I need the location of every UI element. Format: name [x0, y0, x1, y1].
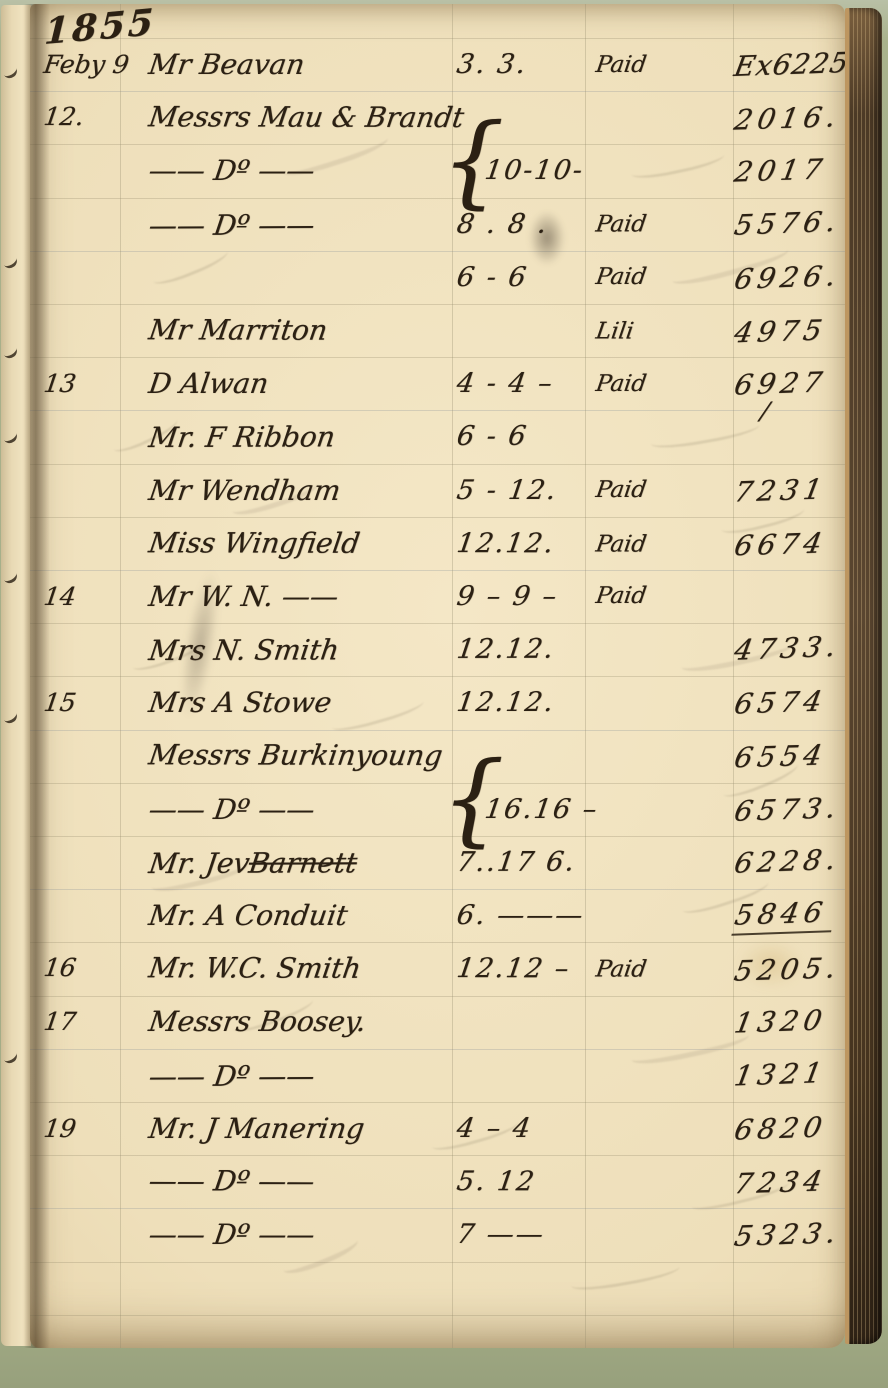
entry-name: Mr Wendham [125, 464, 455, 517]
entry-name: —— Dº —— [125, 144, 455, 197]
entry-amount: {16.16 – [455, 783, 590, 836]
ledger-row: Mrs N. Smith12.12.4733. [30, 622, 845, 678]
entry-name: —— Dº —— [125, 198, 455, 252]
entry-amount: 5 - 12. [455, 464, 590, 517]
entry-date-text: 12. [42, 102, 86, 131]
entry-date: 19 [30, 1102, 125, 1155]
entry-folio-number: 6228. [732, 843, 844, 880]
entry-name: Mr Marriton [125, 303, 455, 357]
ruled-line [30, 1262, 845, 1263]
entry-name-text: —— Dº —— [147, 154, 317, 187]
entry-date [30, 144, 125, 197]
entry-amount: 12.12. [455, 517, 590, 571]
cutoff-ink-mark [1, 62, 20, 80]
entry-name-text: Mr. F Ribbon [147, 421, 337, 455]
entry-name: —— Dº —— [125, 1208, 455, 1261]
entry-amount: 8 . 8 . [455, 197, 590, 251]
entry-amount-text: 12.12. [455, 528, 557, 559]
entry-date-text: 19 [42, 1114, 78, 1143]
entry-date [30, 783, 125, 836]
entry-date [30, 1050, 125, 1104]
entry-amount-text: 7..17 6. [455, 846, 578, 877]
entry-amount-text: 6 - 6 [455, 262, 530, 293]
entry-folio-number: 6674 [732, 526, 830, 562]
entry-folio-number: 4975 [732, 313, 830, 349]
entry-amount-text: 8 . 8 . [455, 208, 551, 239]
entry-status-text: Paid [594, 264, 648, 290]
ledger-row: Messrs Burkinyoung6554 [30, 728, 845, 783]
ledger-row: 19Mr. J Manering4 – 46820 [30, 1102, 845, 1155]
entry-folio-number: 7231 [732, 472, 830, 508]
facing-page-sliver [1, 5, 31, 1346]
ledger-row: —— Dº ——{16.16 –6573. [30, 783, 845, 836]
entry-name: Mr. W.C. Smith [125, 941, 455, 995]
entry-status [590, 1102, 705, 1155]
entry-name-text: Mr Beavan [147, 48, 307, 81]
entry-date: Feby 9 [30, 38, 125, 91]
entry-status: Lili [590, 304, 705, 357]
entry-status [590, 1208, 705, 1261]
entry-folio-number: 6927 [732, 366, 830, 402]
ledger-row: Mr MarritonLili4975 [30, 303, 845, 358]
entry-status-text: Paid [594, 956, 648, 982]
entry-name-text: Messrs Mau & Brandt [147, 101, 466, 135]
book-page-edges [845, 8, 882, 1344]
entry-amount-text: 5 - 12. [455, 475, 560, 506]
entry-amount-text: 3. 3. [455, 49, 529, 80]
entry-status [590, 144, 705, 197]
entry-folio: Ex6225 [705, 38, 845, 91]
entry-folio: 6674 [705, 517, 845, 571]
entry-status: Paid [590, 251, 705, 304]
entry-folio: 6574 [705, 676, 845, 729]
entry-date: 14 [30, 570, 125, 623]
ledger-row: 13D Alwan4 - 4 –Paid6927∕ [30, 357, 845, 410]
ledger-page: 1855 Feby 9Mr Beavan3. 3.PaidEx622512.Me… [30, 4, 845, 1348]
entry-date [30, 728, 125, 781]
entry-date: 16 [30, 941, 125, 994]
entry-folio: 2016. [705, 92, 845, 146]
ledger-row: Mr. Jev Barnett7..17 6.6228. [30, 834, 845, 890]
entry-status [590, 835, 705, 889]
entry-amount: 7..17 6. [455, 835, 590, 889]
entry-folio-number: 5205. [732, 952, 844, 988]
entry-amount: 7 —— [455, 1208, 590, 1261]
entry-date [30, 1154, 125, 1207]
entry-amount: 6 - 6 [455, 410, 590, 464]
entry-status: Paid [590, 38, 705, 91]
entry-amount-text: 16.16 – [483, 794, 601, 825]
entry-date: 17 [30, 995, 125, 1048]
entry-folio: 5323. [705, 1208, 845, 1261]
entry-name-text: —— Dº —— [147, 793, 317, 826]
cutoff-ink-mark [1, 1047, 20, 1065]
entry-date [30, 516, 125, 569]
entry-date-text: 13 [42, 369, 78, 398]
ledger-row: Mr. F Ribbon6 - 6 [30, 409, 845, 465]
entry-amount-text: 12.12 – [455, 953, 573, 984]
entry-status: Paid [590, 357, 705, 410]
entry-amount-text: 10-10- [483, 155, 586, 186]
entry-folio-number: 6926. [732, 259, 844, 296]
entry-folio: 5846 [705, 889, 845, 942]
entry-amount [455, 995, 590, 1048]
entry-amount: 6 - 6 [455, 251, 590, 304]
entry-status [590, 676, 705, 729]
entry-name-text: Mr Wendham [147, 474, 343, 507]
entry-amount-text: 5. 12 [455, 1166, 538, 1197]
entry-date [30, 464, 125, 517]
entry-amount-text: 6. ——— [455, 900, 587, 931]
entry-amount: 9 – 9 – [455, 570, 590, 623]
entry-status [590, 730, 705, 783]
entry-folio-number: 1321 [732, 1056, 830, 1093]
entry-name: —— Dº —— [125, 783, 455, 836]
entry-folio-number: 5323. [732, 1216, 844, 1253]
ledger-row: —— Dº ——5. 127234 [30, 1154, 845, 1209]
entry-status [590, 622, 705, 676]
ledger-row: Miss Wingfield12.12.Paid6674 [30, 516, 845, 571]
entry-name-text: Mr. Jev [147, 847, 252, 880]
entry-amount: {10-10- [455, 144, 590, 197]
entry-name: Mr W. N. —— [125, 570, 455, 623]
entry-name-text: —— Dº —— [147, 1164, 317, 1197]
entry-folio: 1320 [705, 995, 845, 1048]
entry-name: Mrs A Stowe [125, 676, 455, 729]
entry-name-text: Mrs A Stowe [147, 686, 334, 719]
entry-folio: 5205. [705, 943, 845, 997]
entry-name: Mrs N. Smith [125, 623, 455, 677]
entry-status-text: Lili [594, 318, 635, 344]
ledger-row: 16Mr. W.C. Smith12.12 –Paid5205. [30, 941, 845, 996]
entry-name-text: —— Dº —— [147, 208, 317, 242]
entry-date [30, 199, 125, 253]
ledger-row: Feby 9Mr Beavan3. 3.PaidEx6225 [30, 38, 845, 91]
entry-amount: 3. 3. [455, 38, 590, 91]
ledger-row: 15Mrs A Stowe12.12.6574 [30, 676, 845, 729]
entry-status-text: Paid [594, 583, 648, 609]
entry-date [30, 889, 125, 942]
entry-date [30, 837, 125, 891]
entry-amount: 12.12 – [455, 942, 590, 996]
entry-folio: 6926. [705, 251, 845, 304]
entry-name-text: Mrs N. Smith [147, 633, 341, 667]
entry-folio: 6554 [705, 730, 845, 784]
entry-folio: 4733. [705, 622, 845, 676]
entry-status [590, 1048, 705, 1102]
entry-date [30, 411, 125, 465]
ledger-row: —— Dº ——8 . 8 .Paid5576. [30, 196, 845, 252]
entry-amount-text: 12.12. [455, 634, 557, 665]
entry-amount: 6. ——— [455, 889, 590, 942]
entry-folio-number: 6573. [732, 791, 844, 828]
entry-folio: 6573. [705, 783, 845, 836]
entry-name: Mr. F Ribbon [125, 410, 455, 464]
entry-status [590, 409, 705, 463]
entry-folio-number: 4733. [732, 630, 844, 667]
entry-folio: 6228. [705, 834, 845, 888]
entry-amount [455, 1048, 590, 1102]
entry-name-text: D Alwan [147, 367, 271, 400]
entry-date-text: Feby 9 [42, 50, 131, 79]
entry-folio: 7231 [705, 464, 845, 517]
entry-status: Paid [590, 197, 705, 251]
entry-folio: 6927∕ [705, 357, 845, 410]
ledger-row: 6 - 6Paid6926. [30, 251, 845, 304]
entry-folio [705, 570, 845, 623]
entry-folio-number: 2016. [732, 101, 844, 137]
cutoff-ink-mark [1, 567, 20, 585]
entry-name-text: Mr. W.C. Smith [147, 952, 363, 986]
entry-status: Paid [590, 464, 705, 517]
entry-date: 12. [30, 90, 125, 143]
entry-amount: 4 - 4 – [455, 357, 590, 410]
scanned-ledger-photograph: 1855 Feby 9Mr Beavan3. 3.PaidEx622512.Me… [0, 0, 888, 1388]
entry-name: Mr. A Conduit [125, 889, 455, 942]
entry-amount-text: 4 – 4 [455, 1113, 534, 1144]
entry-name: —— Dº —— [125, 1154, 455, 1208]
entry-name-text: Messrs Boosey. [147, 1005, 369, 1038]
entry-name: Messrs Burkinyoung [125, 729, 455, 783]
entry-status [590, 783, 705, 836]
entry-amount: 12.12. [455, 623, 590, 677]
entry-status: Paid [590, 943, 705, 996]
entry-date [30, 1208, 125, 1261]
entry-folio-number: 5846 [731, 895, 838, 935]
entry-amount [455, 304, 590, 358]
entry-status [590, 995, 705, 1048]
ledger-row: —— Dº ——1321 [30, 1047, 845, 1103]
entry-date [30, 303, 125, 356]
entry-amount: 5. 12 [455, 1155, 590, 1209]
entry-folio-number: 6574 [732, 685, 830, 721]
entry-date-text: 17 [42, 1007, 78, 1036]
ledger-row: Mr Wendham5 - 12.Paid7231 [30, 464, 845, 517]
ledger-row: 14Mr W. N. ——9 – 9 –Paid [30, 570, 845, 623]
entry-name: Mr Beavan [125, 38, 455, 91]
entry-name: D Alwan [125, 357, 455, 410]
entry-date [30, 251, 125, 304]
entry-name-text: Mr. J Manering [147, 1112, 367, 1145]
ledger-entries: Feby 9Mr Beavan3. 3.PaidEx622512.Messrs … [30, 38, 845, 1261]
entry-date [30, 624, 125, 678]
entry-amount: 4 – 4 [455, 1102, 590, 1155]
entry-amount-text: 6 - 6 [455, 421, 530, 452]
entry-name: Messrs Mau & Brandt [125, 90, 455, 144]
entry-amount: 12.12. [455, 676, 590, 729]
entry-status-text: Paid [594, 531, 648, 557]
entry-folio: 2017 [705, 144, 845, 197]
entry-name: Miss Wingfield [125, 516, 455, 570]
entry-folio-number: 7234 [732, 1164, 830, 1200]
entry-date-text: 14 [42, 582, 78, 611]
entry-status-text: Paid [594, 210, 648, 236]
entry-folio-number: 1320 [732, 1004, 830, 1040]
entry-folio: 6820 [705, 1102, 845, 1155]
entry-folio-number: Ex6225 [732, 46, 845, 83]
entry-name-text: Messrs Burkinyoung [147, 739, 445, 773]
entry-name-struck-text: Barnett [247, 846, 359, 879]
entry-folio-number: 6554 [732, 739, 830, 775]
cutoff-ink-mark [1, 252, 20, 270]
entry-name-text: —— Dº —— [147, 1218, 317, 1251]
entry-amount-text: 12.12. [455, 687, 557, 718]
entry-folio [705, 409, 845, 463]
entry-date: 13 [30, 357, 125, 410]
entry-status [590, 92, 705, 145]
entry-name-text: Miss Wingfield [147, 526, 362, 560]
entry-status [590, 889, 705, 942]
ledger-row: —— Dº ——7 ——5323. [30, 1208, 845, 1261]
entry-status-text: Paid [594, 371, 648, 397]
entry-status [590, 1155, 705, 1208]
entry-date-text: 16 [42, 953, 78, 982]
entry-name: Mr. J Manering [125, 1102, 455, 1155]
entry-name-text: Mr W. N. —— [147, 580, 341, 613]
entry-folio-number: 2017 [732, 153, 830, 189]
entry-name [125, 251, 455, 304]
entry-amount-text: 4 - 4 – [455, 368, 556, 399]
entry-status-text: Paid [594, 52, 648, 78]
entry-date-text: 15 [42, 688, 78, 717]
ledger-row: Mr. A Conduit6. ———5846 [30, 889, 845, 942]
entry-name-text: Mr. A Conduit [147, 899, 350, 932]
ledger-row: —— Dº ——{10-10-2017 [30, 144, 845, 197]
entry-date: 15 [30, 676, 125, 729]
entry-folio-number: 6820 [732, 1110, 830, 1146]
entry-name-text: —— Dº —— [147, 1059, 317, 1093]
entry-folio: 4975 [705, 305, 845, 359]
ledger-row: 17Messrs Boosey.1320 [30, 995, 845, 1048]
entry-name-text: Mr Marriton [147, 313, 330, 346]
entry-folio-number: 5576. [732, 204, 844, 241]
cutoff-ink-mark [1, 427, 20, 445]
ruled-line [30, 1315, 845, 1316]
entry-folio: 7234 [705, 1156, 845, 1210]
entry-status-text: Paid [594, 477, 648, 503]
entry-amount-text: 7 —— [455, 1219, 547, 1250]
ledger-row: 12.Messrs Mau & Brandt2016. [30, 90, 845, 145]
entry-status: Paid [590, 517, 705, 570]
entry-folio: 5576. [705, 196, 845, 250]
entry-name: Messrs Boosey. [125, 995, 455, 1048]
entry-status: Paid [590, 570, 705, 623]
entry-amount-text: 9 – 9 – [455, 581, 560, 612]
entry-name: —— Dº —— [125, 1049, 455, 1103]
cutoff-ink-mark [1, 342, 20, 360]
entry-name: Mr. Jev Barnett [125, 836, 455, 890]
cutoff-ink-mark [1, 707, 20, 725]
entry-folio: 1321 [705, 1047, 845, 1101]
